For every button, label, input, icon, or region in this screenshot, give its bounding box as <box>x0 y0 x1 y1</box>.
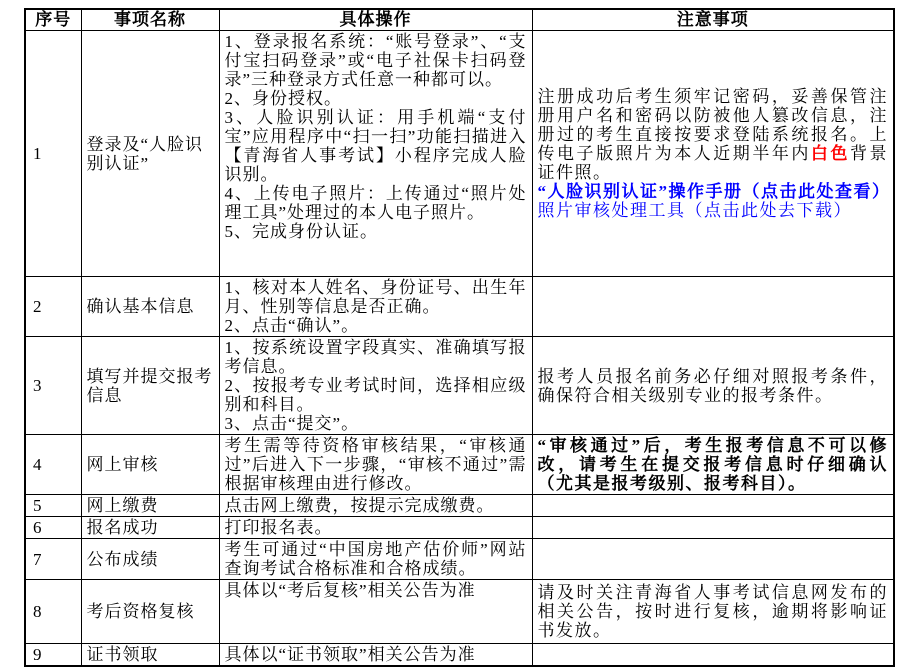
operation-step: 3、人脸识别认证：用手机端“支付宝”应用程序中“扫一扫”功能扫描进入【青海省人事… <box>225 108 527 184</box>
row-8-serial: 8 <box>25 580 81 644</box>
operation-step: 1、登录报名系统：“账号登录”、“支付宝扫码登录”或“电子社保卡扫码登录”三种登… <box>225 32 527 89</box>
row-7-serial: 7 <box>25 539 81 580</box>
table-row: 5 网上缴费 点击网上缴费，按提示完成缴费。 <box>25 495 894 517</box>
header-row: 序号 事项名称 具体操作 注意事项 <box>25 9 894 31</box>
row-3-serial: 3 <box>25 337 81 435</box>
table-row: 8 考后资格复核 具体以“考后复核”相关公告为准 请及时关注青海省人事考试信息网… <box>25 580 894 644</box>
row-6-operations: 打印报名表。 <box>219 517 532 539</box>
header-notes: 注意事项 <box>532 9 894 31</box>
row-3-name: 填写并提交报考信息 <box>81 337 219 435</box>
operation-step: 具体以“考后复核”相关公告为准 <box>225 581 527 600</box>
table-row: 4 网上审核 考生需等待资格审核结果，“审核通过”后进入下一步骤，“审核不通过”… <box>25 435 894 495</box>
row-4-notes: “审核通过”后，考生报考信息不可以修改，请考生在提交报考信息时仔细确认（尤其是报… <box>532 435 894 495</box>
face-auth-manual-link[interactable]: “人脸识别认证”操作手册（点击此处查看） <box>538 182 889 201</box>
row-6-notes <box>532 517 894 539</box>
row-9-notes <box>532 644 894 667</box>
row-1-name: 登录及“人脸识别认证” <box>81 31 219 277</box>
operation-step: 点击网上缴费，按提示完成缴费。 <box>225 496 527 515</box>
white-background-highlight: 白色 <box>811 144 850 163</box>
table-row: 9 证书领取 具体以“证书领取”相关公告为准 <box>25 644 894 667</box>
table-row: 3 填写并提交报考信息 1、按系统设置字段真实、准确填写报考信息。 2、按报考专… <box>25 337 894 435</box>
photo-tool-download-link[interactable]: 照片审核处理工具（点击此处去下载） <box>538 201 889 220</box>
row-4-operations: 考生需等待资格审核结果，“审核通过”后进入下一步骤，“审核不通过”需根据审核理由… <box>219 435 532 495</box>
operation-step: 2、按报考专业考试时间，选择相应级别和科目。 <box>225 376 527 414</box>
operation-step: 打印报名表。 <box>225 518 527 537</box>
row-8-notes: 请及时关注青海省人事考试信息网发布的相关公告，按时进行复核，逾期将影响证书发放。 <box>532 580 894 644</box>
row-2-operations: 1、核对本人姓名、身份证号、出生年月、性别等信息是否正确。 2、点击“确认”。 <box>219 277 532 337</box>
table-row: 1 登录及“人脸识别认证” 1、登录报名系统：“账号登录”、“支付宝扫码登录”或… <box>25 31 894 277</box>
row-1-serial: 1 <box>25 31 81 277</box>
row-5-notes <box>532 495 894 517</box>
row-3-notes: 报考人员报名前务必仔细对照报考条件，确保符合相关级别专业的报考条件。 <box>532 337 894 435</box>
operation-step: 考生需等待资格审核结果，“审核通过”后进入下一步骤，“审核不通过”需根据审核理由… <box>225 436 527 493</box>
row-5-serial: 5 <box>25 495 81 517</box>
row-4-name: 网上审核 <box>81 435 219 495</box>
operation-step: 考生可通过“中国房地产估价师”网站查询考试合格标准和合格成绩。 <box>225 540 527 578</box>
header-operations: 具体操作 <box>219 9 532 31</box>
row-9-operations: 具体以“证书领取”相关公告为准 <box>219 644 532 667</box>
operation-step: 5、完成身份认证。 <box>225 222 527 241</box>
row-9-name: 证书领取 <box>81 644 219 667</box>
row-8-name: 考后资格复核 <box>81 580 219 644</box>
operation-step: 具体以“证书领取”相关公告为准 <box>225 645 527 664</box>
header-item-name: 事项名称 <box>81 9 219 31</box>
procedure-table: 序号 事项名称 具体操作 注意事项 1 登录及“人脸识别认证” 1、登录报名系统… <box>24 8 895 667</box>
row-1-notes: 注册成功后考生须牢记密码，妥善保管注册用户名和密码以防被他人篡改信息，注册过的考… <box>532 31 894 277</box>
header-serial: 序号 <box>25 9 81 31</box>
row-5-operations: 点击网上缴费，按提示完成缴费。 <box>219 495 532 517</box>
row-7-operations: 考生可通过“中国房地产估价师”网站查询考试合格标准和合格成绩。 <box>219 539 532 580</box>
row-2-serial: 2 <box>25 277 81 337</box>
registration-note: 注册成功后考生须牢记密码，妥善保管注册用户名和密码以防被他人篡改信息，注册过的考… <box>538 87 889 182</box>
table-row: 2 确认基本信息 1、核对本人姓名、身份证号、出生年月、性别等信息是否正确。 2… <box>25 277 894 337</box>
operation-step: 2、点击“确认”。 <box>225 316 527 335</box>
row-1-operations: 1、登录报名系统：“账号登录”、“支付宝扫码登录”或“电子社保卡扫码登录”三种登… <box>219 31 532 277</box>
operation-step: 1、核对本人姓名、身份证号、出生年月、性别等信息是否正确。 <box>225 278 527 316</box>
table-row: 7 公布成绩 考生可通过“中国房地产估价师”网站查询考试合格标准和合格成绩。 <box>25 539 894 580</box>
row-2-notes <box>532 277 894 337</box>
operation-step: 1、按系统设置字段真实、准确填写报考信息。 <box>225 338 527 376</box>
row-4-serial: 4 <box>25 435 81 495</box>
table-row: 6 报名成功 打印报名表。 <box>25 517 894 539</box>
row-2-name: 确认基本信息 <box>81 277 219 337</box>
row-3-operations: 1、按系统设置字段真实、准确填写报考信息。 2、按报考专业考试时间，选择相应级别… <box>219 337 532 435</box>
row-6-serial: 6 <box>25 517 81 539</box>
operation-step: 2、身份授权。 <box>225 89 527 108</box>
row-9-serial: 9 <box>25 644 81 667</box>
row-7-name: 公布成绩 <box>81 539 219 580</box>
row-6-name: 报名成功 <box>81 517 219 539</box>
row-8-operations: 具体以“考后复核”相关公告为准 <box>219 580 532 644</box>
operation-step: 4、上传电子照片：上传通过“照片处理工具”处理过的本人电子照片。 <box>225 184 527 222</box>
row-5-name: 网上缴费 <box>81 495 219 517</box>
row-7-notes <box>532 539 894 580</box>
operation-step: 3、点击“提交”。 <box>225 414 527 433</box>
